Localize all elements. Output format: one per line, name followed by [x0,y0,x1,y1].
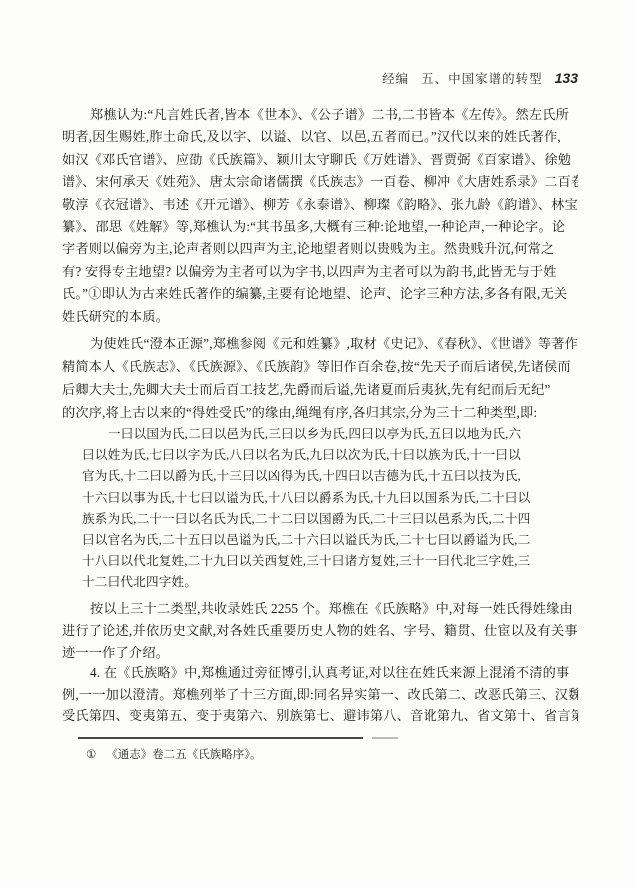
text-line: 4. 在《氏族略》中,郑樵通过旁征博引,认真考证,对以往在姓氏来源上混淆不清的事 [62,662,578,684]
text-line: 为使姓氏“澄本正源”,郑樵参阅《元和姓纂》,取材《史记》、《春秋》、《世谱》等著… [62,332,578,355]
text-line: 精简本人《氏族志》、《氏族源》、《氏族韵》等旧作百余卷,按“先天子而后诸侯,先诸… [62,355,578,378]
text-line: 曰以官名为氏,二十五曰以邑谥为氏,二十六曰以谥氏为氏,二十七曰以爵谥为氏,二 [82,530,562,551]
footnote-marker: ① [86,749,96,761]
text-line: 有? 安得专主地望? 以偏旁为主者可以为字书,以四声为主者可以为韵书,此皆无与于… [62,261,578,283]
document-page: 经编五、中国家谱的转型133 郑樵认为:“凡言姓氏者,皆本《世本》、《公子谱》二… [0,0,634,888]
text-line: 十八曰以代北复姓,二十九曰以关西复姓,三十曰诸方复姓,三十一曰代北三字姓,三 [82,551,562,572]
text-line: 如汉《邓氏官谱》、应劭《氏族篇》、颖川太守聊氏《万姓谱》、晋贾弼《百家谱》、徐勉… [62,149,578,171]
paragraph-chengben-zhengyuan: 为使姓氏“澄本正源”,郑樵参阅《元和姓纂》,取材《史记》、《春秋》、《世谱》等著… [62,332,578,424]
text-line: 十二曰代北四字姓。 [82,572,562,593]
text-line: 例,一一加以澄清。郑樵列举了十三方面,即:同名异实第一、改氏第二、改恶氏第三、汉… [62,684,578,706]
text-line: 纂》、邵思《姓解》等,郑樵认为:“其书虽多,大概有三种:论地望,一种论声,一种论… [62,216,578,238]
paragraph-zhengqiao-quote: 郑樵认为:“凡言姓氏者,皆本《世本》、《公子谱》二书,二书皆本《左传》。然左氏所… [62,104,578,328]
text-line: 受氏第四、变夷第五、变于夷第六、别族第七、避讳第八、音讹第九、省文第十、省言第十… [62,705,578,727]
running-head: 经编五、中国家谱的转型133 [62,70,578,87]
paragraph-2255-surnames: 按以上三十二类型,共收录姓氏 2255 个。郑樵在《氏族略》中,对每一姓氏得姓缘… [62,598,578,664]
running-head-chapter-title: 五、中国家谱的转型 [421,72,543,86]
text-line: 族系为氏,二十一曰以名氏为氏,二十二曰以国爵为氏,二十三曰以邑系为氏,二十四 [82,509,562,530]
scan-artifact-speck [372,737,398,739]
text-line: 十六曰以事为氏,十七曰以谥为氏,十八曰以爵系为氏,十九曰以国系为氏,二十曰以 [82,488,562,509]
footnote-text: 《通志》卷二五《氏族略序》。 [106,749,261,761]
text-line: 敬淳《衣冠谱》、韦述《开元谱》、柳芳《永泰谱》、柳璨《韵略》、张九龄《韵谱》、林… [62,194,578,216]
text-line: 进行了论述,并依历史文献,对各姓氏重要历史人物的姓名、字号、籍贯、仕宦以及有关事 [62,620,578,642]
text-line: 迹一一作了介绍。 [62,642,578,664]
text-line: 曰以姓为氏,七曰以字为氏,八曰以名为氏,九曰以次为氏,十曰以族为氏,十一曰以 [82,445,562,466]
text-line: 氏。”①即认为古来姓氏著作的编纂,主要有论地望、论声、论字三种方法,多各有限,无… [62,283,578,305]
paragraph-item-4: 4. 在《氏族略》中,郑樵通过旁征博引,认真考证,对以往在姓氏来源上混淆不清的事… [62,662,578,727]
text-line: 姓氏研究的本质。 [62,306,578,328]
text-line: 字者则以偏旁为主,论声者则以四声为主,论地望者则以贵贱为主。然贵贱升沉,何常之 [62,238,578,260]
running-head-section: 经编 [382,72,409,86]
text-line: 谱》、宋何承天《姓苑》、唐太宗命诸儒撰《氏族志》一百卷、柳冲《大唐姓系录》二百卷… [62,171,578,193]
text-line: 明者,因生赐姓,胙土命氏,及以字、以谥、以官、以邑,五者而已。”汉代以来的姓氏著… [62,126,578,148]
footnote: ①《通志》卷二五《氏族略序》。 [86,748,546,763]
text-line: 的次序,将上古以来的“得姓受氏”的缘由,绳绳有序,各归其宗,分为三十二种类型,即… [62,401,578,424]
text-line: 后卿大夫士,先卿大夫士而后百工技艺,先爵而后谥,先诸夏而后夷狄,先有纪而后无纪” [62,378,578,401]
text-line: 官为氏,十二曰以爵为氏,十三曰以凶得为氏,十四曰以吉德为氏,十五曰以技为氏, [82,466,562,487]
text-line: 一曰以国为氏,二曰以邑为氏,三曰以乡为氏,四曰以亭为氏,五曰以地为氏,六 [82,424,562,445]
text-line: 按以上三十二类型,共收录姓氏 2255 个。郑樵在《氏族略》中,对每一姓氏得姓缘… [62,598,578,620]
page-number: 133 [555,70,578,86]
footnote-separator-rule [78,737,363,739]
text-line: 郑樵认为:“凡言姓氏者,皆本《世本》、《公子谱》二书,二书皆本《左传》。然左氏所 [62,104,578,126]
blockquote-32-surname-types: 一曰以国为氏,二曰以邑为氏,三曰以乡为氏,四曰以亭为氏,五曰以地为氏,六 曰以姓… [82,424,562,594]
